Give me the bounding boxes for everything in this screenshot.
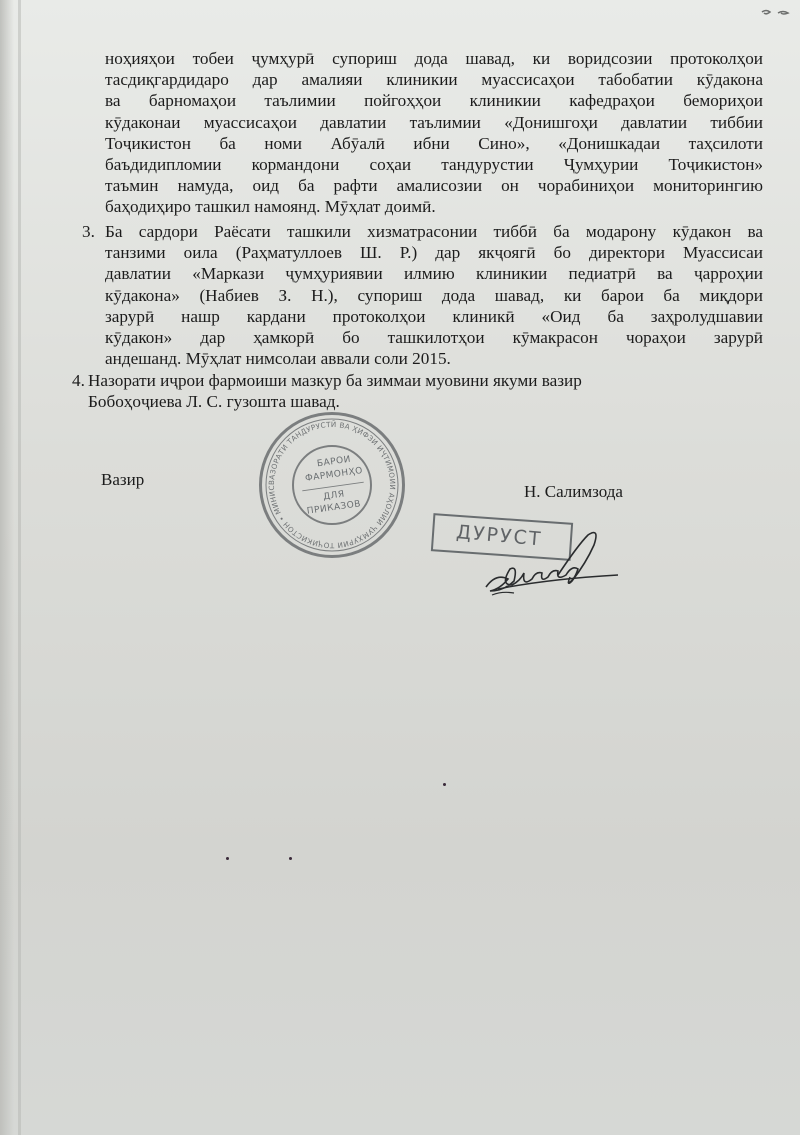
text-line: кӯдакон» дар ҳамкорӣ бо ташкилотҳои кӯма… bbox=[105, 327, 763, 348]
list-item-number: 4. bbox=[72, 370, 85, 391]
text-line: таъмин намуда, оид ба рафти амалисозии о… bbox=[105, 175, 763, 196]
text-line: баъдидипломии кормандони соҳаи тандуруст… bbox=[105, 154, 763, 175]
list-item-number: 3. bbox=[82, 221, 95, 242]
text-line: ноҳияҳои тобеи ҷумҳурӣ супориш дода шава… bbox=[105, 48, 763, 69]
text-line: Ба сардори Раёсати ташкили хизматрасонии… bbox=[105, 221, 763, 242]
list-item-body: Ба сардори Раёсати ташкили хизматрасонии… bbox=[105, 221, 763, 369]
official-seal: ВАЗОРАТИ ТАНДУРУСТӢ ВА ҲИФЗИ ИҶТИМОИИ АҲ… bbox=[259, 412, 405, 558]
paragraph-continuation: ноҳияҳои тобеи ҷумҳурӣ супориш дода шава… bbox=[105, 48, 763, 218]
text-line: кӯдаконаи муассисаҳои давлатии таълимии … bbox=[105, 112, 763, 133]
speck bbox=[226, 857, 229, 860]
text-line: Тоҷикистон ба номи Абӯалӣ ибни Сино», «Д… bbox=[105, 133, 763, 154]
text-line: Назорати иҷрои фармоиши мазкур ба зиммаи… bbox=[88, 370, 768, 391]
text-line: Бобоҳоҷиева Л. С. гузошта шавад. bbox=[88, 391, 768, 412]
text-line: андешанд. Мӯҳлат нимсолаи аввали соли 20… bbox=[105, 348, 763, 369]
signatory-name: Н. Салимзода bbox=[524, 482, 623, 502]
text-line: кӯдакона» (Набиев З. Н.), супориш дода ш… bbox=[105, 285, 763, 306]
corner-mark bbox=[760, 6, 792, 20]
text-line: давлатии «Маркази ҷумҳуриявии илмию клин… bbox=[105, 263, 763, 284]
text-line: зарурӣ нашр кардани протоколҳои клиникӣ … bbox=[105, 306, 763, 327]
signature-icon bbox=[478, 525, 628, 605]
speck bbox=[289, 857, 292, 860]
signatory-title: Вазир bbox=[101, 470, 144, 490]
text-line: ва барномаҳои таълимии пойгоҳҳои клиники… bbox=[105, 90, 763, 111]
speck bbox=[443, 783, 446, 786]
page-edge-shadow bbox=[0, 0, 14, 1135]
seal-center: БАРОИ ФАРМОНҲО ДЛЯ ПРИКАЗОВ bbox=[292, 445, 372, 525]
text-line: танзими оила (Раҳматуллоев Ш. Р.) дар як… bbox=[105, 242, 763, 263]
paper-fold bbox=[18, 0, 21, 1135]
list-item-body: Назорати иҷрои фармоиши мазкур ба зиммаи… bbox=[88, 370, 768, 412]
text-line: баҳодиҳиро ташкил намоянд. Мӯҳлат доимӣ. bbox=[105, 196, 763, 217]
text-line: тасдиқгардидаро дар амалияи клиникии муа… bbox=[105, 69, 763, 90]
